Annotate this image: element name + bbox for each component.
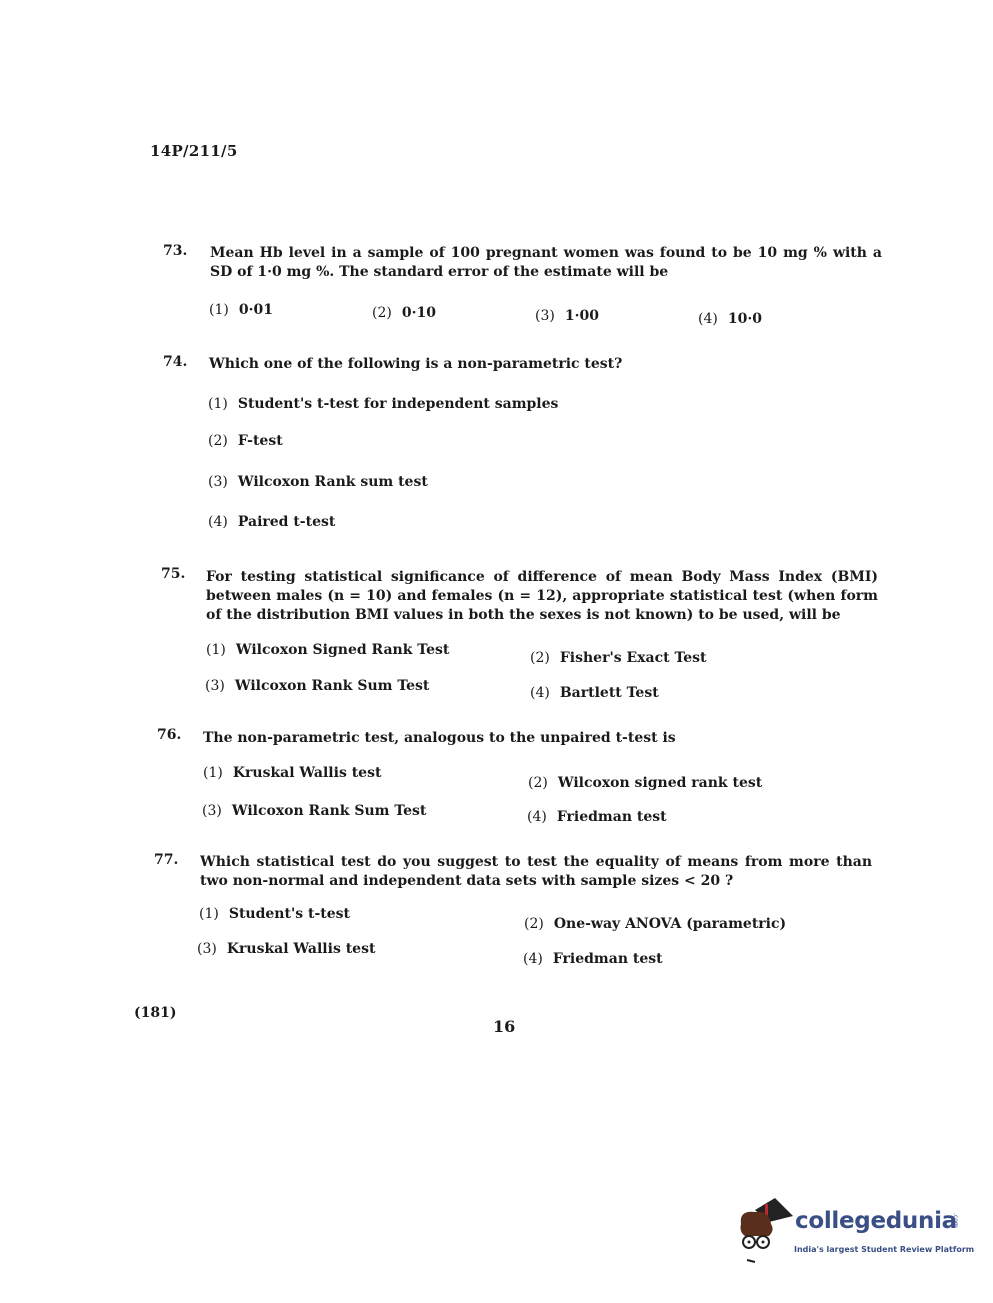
option-2[interactable]: (2)Wilcoxon signed rank test xyxy=(528,775,762,791)
option-text: Student's t-test xyxy=(229,906,350,922)
question-number: 75. xyxy=(161,566,185,582)
option-text: F-test xyxy=(238,433,283,449)
option-number: (2) xyxy=(530,650,550,666)
option-3[interactable]: (3)1·00 xyxy=(535,308,599,324)
option-text: Wilcoxon Rank Sum Test xyxy=(232,803,427,819)
option-number: (1) xyxy=(206,642,226,658)
question-text: Which one of the following is a non-para… xyxy=(209,355,689,374)
question-number: 74. xyxy=(163,354,187,370)
option-text: Friedman test xyxy=(557,809,667,825)
option-number: (3) xyxy=(197,941,217,957)
option-number: (2) xyxy=(208,433,228,449)
option-number: (2) xyxy=(372,305,392,321)
question-text: The non-parametric test, analogous to th… xyxy=(203,729,723,748)
option-1[interactable]: (1)Wilcoxon Signed Rank Test xyxy=(206,642,449,658)
option-1[interactable]: (1)Student's t-test for independent samp… xyxy=(208,396,558,412)
brand-tagline: India's largest Student Review Platform xyxy=(794,1245,974,1254)
option-3[interactable]: (3)Wilcoxon Rank sum test xyxy=(208,474,428,490)
option-number: (4) xyxy=(527,809,547,825)
option-3[interactable]: (3)Kruskal Wallis test xyxy=(197,941,375,957)
option-number: (3) xyxy=(535,308,555,324)
option-2[interactable]: (2)F-test xyxy=(208,433,283,449)
option-text: 10·0 xyxy=(728,311,762,327)
option-3[interactable]: (3)Wilcoxon Rank Sum Test xyxy=(205,678,429,694)
question-text: Mean Hb level in a sample of 100 pregnan… xyxy=(210,244,882,282)
option-number: (2) xyxy=(524,916,544,932)
option-number: (3) xyxy=(208,474,228,490)
option-text: One-way ANOVA (parametric) xyxy=(554,916,786,932)
option-text: Wilcoxon Rank sum test xyxy=(238,474,428,490)
option-number: (3) xyxy=(205,678,225,694)
option-text: 0·01 xyxy=(239,302,273,318)
option-number: (4) xyxy=(523,951,543,967)
option-4[interactable]: (4)Friedman test xyxy=(523,951,663,967)
option-text: Friedman test xyxy=(553,951,663,967)
option-1[interactable]: (1)0·01 xyxy=(209,302,273,318)
option-2[interactable]: (2)One-way ANOVA (parametric) xyxy=(524,916,786,932)
option-number: (4) xyxy=(208,514,228,530)
option-4[interactable]: (4)Bartlett Test xyxy=(530,685,659,701)
option-2[interactable]: (2)Fisher's Exact Test xyxy=(530,650,707,666)
option-3[interactable]: (3)Wilcoxon Rank Sum Test xyxy=(202,803,426,819)
option-number: (2) xyxy=(528,775,548,791)
question-number: 76. xyxy=(157,727,181,743)
option-number: (1) xyxy=(209,302,229,318)
question-number: 73. xyxy=(163,243,187,259)
option-number: (4) xyxy=(530,685,550,701)
option-text: 1·00 xyxy=(565,308,599,324)
student-mascot-icon xyxy=(735,1196,795,1271)
option-text: Bartlett Test xyxy=(560,685,659,701)
option-number: (4) xyxy=(698,311,718,327)
question-text: Which statistical test do you suggest to… xyxy=(200,853,872,891)
brand-suffix: .com xyxy=(952,1213,959,1228)
option-4[interactable]: (4)Friedman test xyxy=(527,809,667,825)
option-text: Wilcoxon Rank Sum Test xyxy=(235,678,430,694)
option-2[interactable]: (2)0·10 xyxy=(372,305,436,321)
option-text: Student's t-test for independent samples xyxy=(238,396,559,412)
option-1[interactable]: (1)Student's t-test xyxy=(199,906,350,922)
option-number: (1) xyxy=(208,396,228,412)
option-1[interactable]: (1)Kruskal Wallis test xyxy=(203,765,381,781)
option-text: Kruskal Wallis test xyxy=(233,765,382,781)
option-text: Fisher's Exact Test xyxy=(560,650,707,666)
option-text: Kruskal Wallis test xyxy=(227,941,376,957)
brand-name: collegedunia xyxy=(795,1208,957,1234)
option-number: (1) xyxy=(199,906,219,922)
option-text: 0·10 xyxy=(402,305,436,321)
option-text: Wilcoxon signed rank test xyxy=(558,775,762,791)
option-4[interactable]: (4)10·0 xyxy=(698,311,762,327)
option-text: Wilcoxon Signed Rank Test xyxy=(236,642,450,658)
option-4[interactable]: (4)Paired t-test xyxy=(208,514,335,530)
paper-code: 14P/211/5 xyxy=(150,142,238,160)
booklet-code: (181) xyxy=(134,1005,176,1021)
option-number: (3) xyxy=(202,803,222,819)
question-number: 77. xyxy=(154,852,178,868)
question-text: For testing statistical significance of … xyxy=(206,568,878,625)
option-number: (1) xyxy=(203,765,223,781)
option-text: Paired t-test xyxy=(238,514,336,530)
page-number: 16 xyxy=(493,1017,515,1036)
